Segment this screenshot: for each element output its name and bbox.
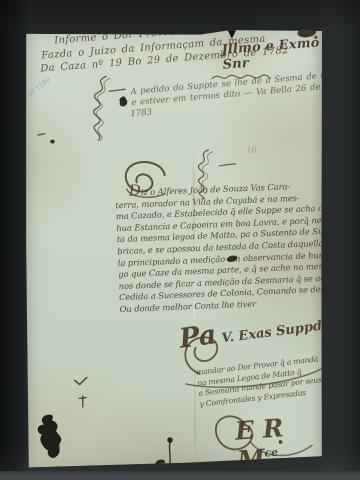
- photo-background-floor: [0, 471, 360, 480]
- ink-specks: [36, 129, 58, 147]
- ink-drip-mark: [154, 436, 180, 468]
- t-shaped-mark: [78, 394, 88, 408]
- rubric-dash-icon: [219, 162, 237, 168]
- decision-annotation: A pedido do Suppte se lhe dê a Sesma de …: [130, 70, 332, 120]
- monogram-superscript: ce: [264, 446, 279, 460]
- corner-ink-stain: [296, 26, 318, 40]
- rubric-flourish-icon: [84, 74, 120, 142]
- ink-blot-small: [225, 254, 239, 264]
- manuscript-paper-sheet: Informe o Dor Provedor da Real Fazda o J…: [24, 29, 325, 468]
- ink-blot-large: [34, 413, 66, 461]
- page-number-mark: 16: [246, 145, 257, 155]
- ink-dot: [278, 439, 283, 444]
- archive-number-blue: nº 1190: [26, 76, 51, 98]
- check-shaped-mark: [74, 376, 88, 386]
- monogram-letters: E R M: [234, 413, 285, 474]
- rubric-dash-icon: [108, 87, 126, 93]
- edge-tear-notch: [226, 29, 238, 41]
- closing-formula-initial: Pa: [177, 319, 218, 354]
- scanned-document-photo: { "colors": { "background": "#232627", "…: [0, 0, 360, 480]
- ink-blot-small: [118, 96, 128, 107]
- petition-text: Diz o Alferes João de Souza Vas Cara- te…: [113, 178, 336, 316]
